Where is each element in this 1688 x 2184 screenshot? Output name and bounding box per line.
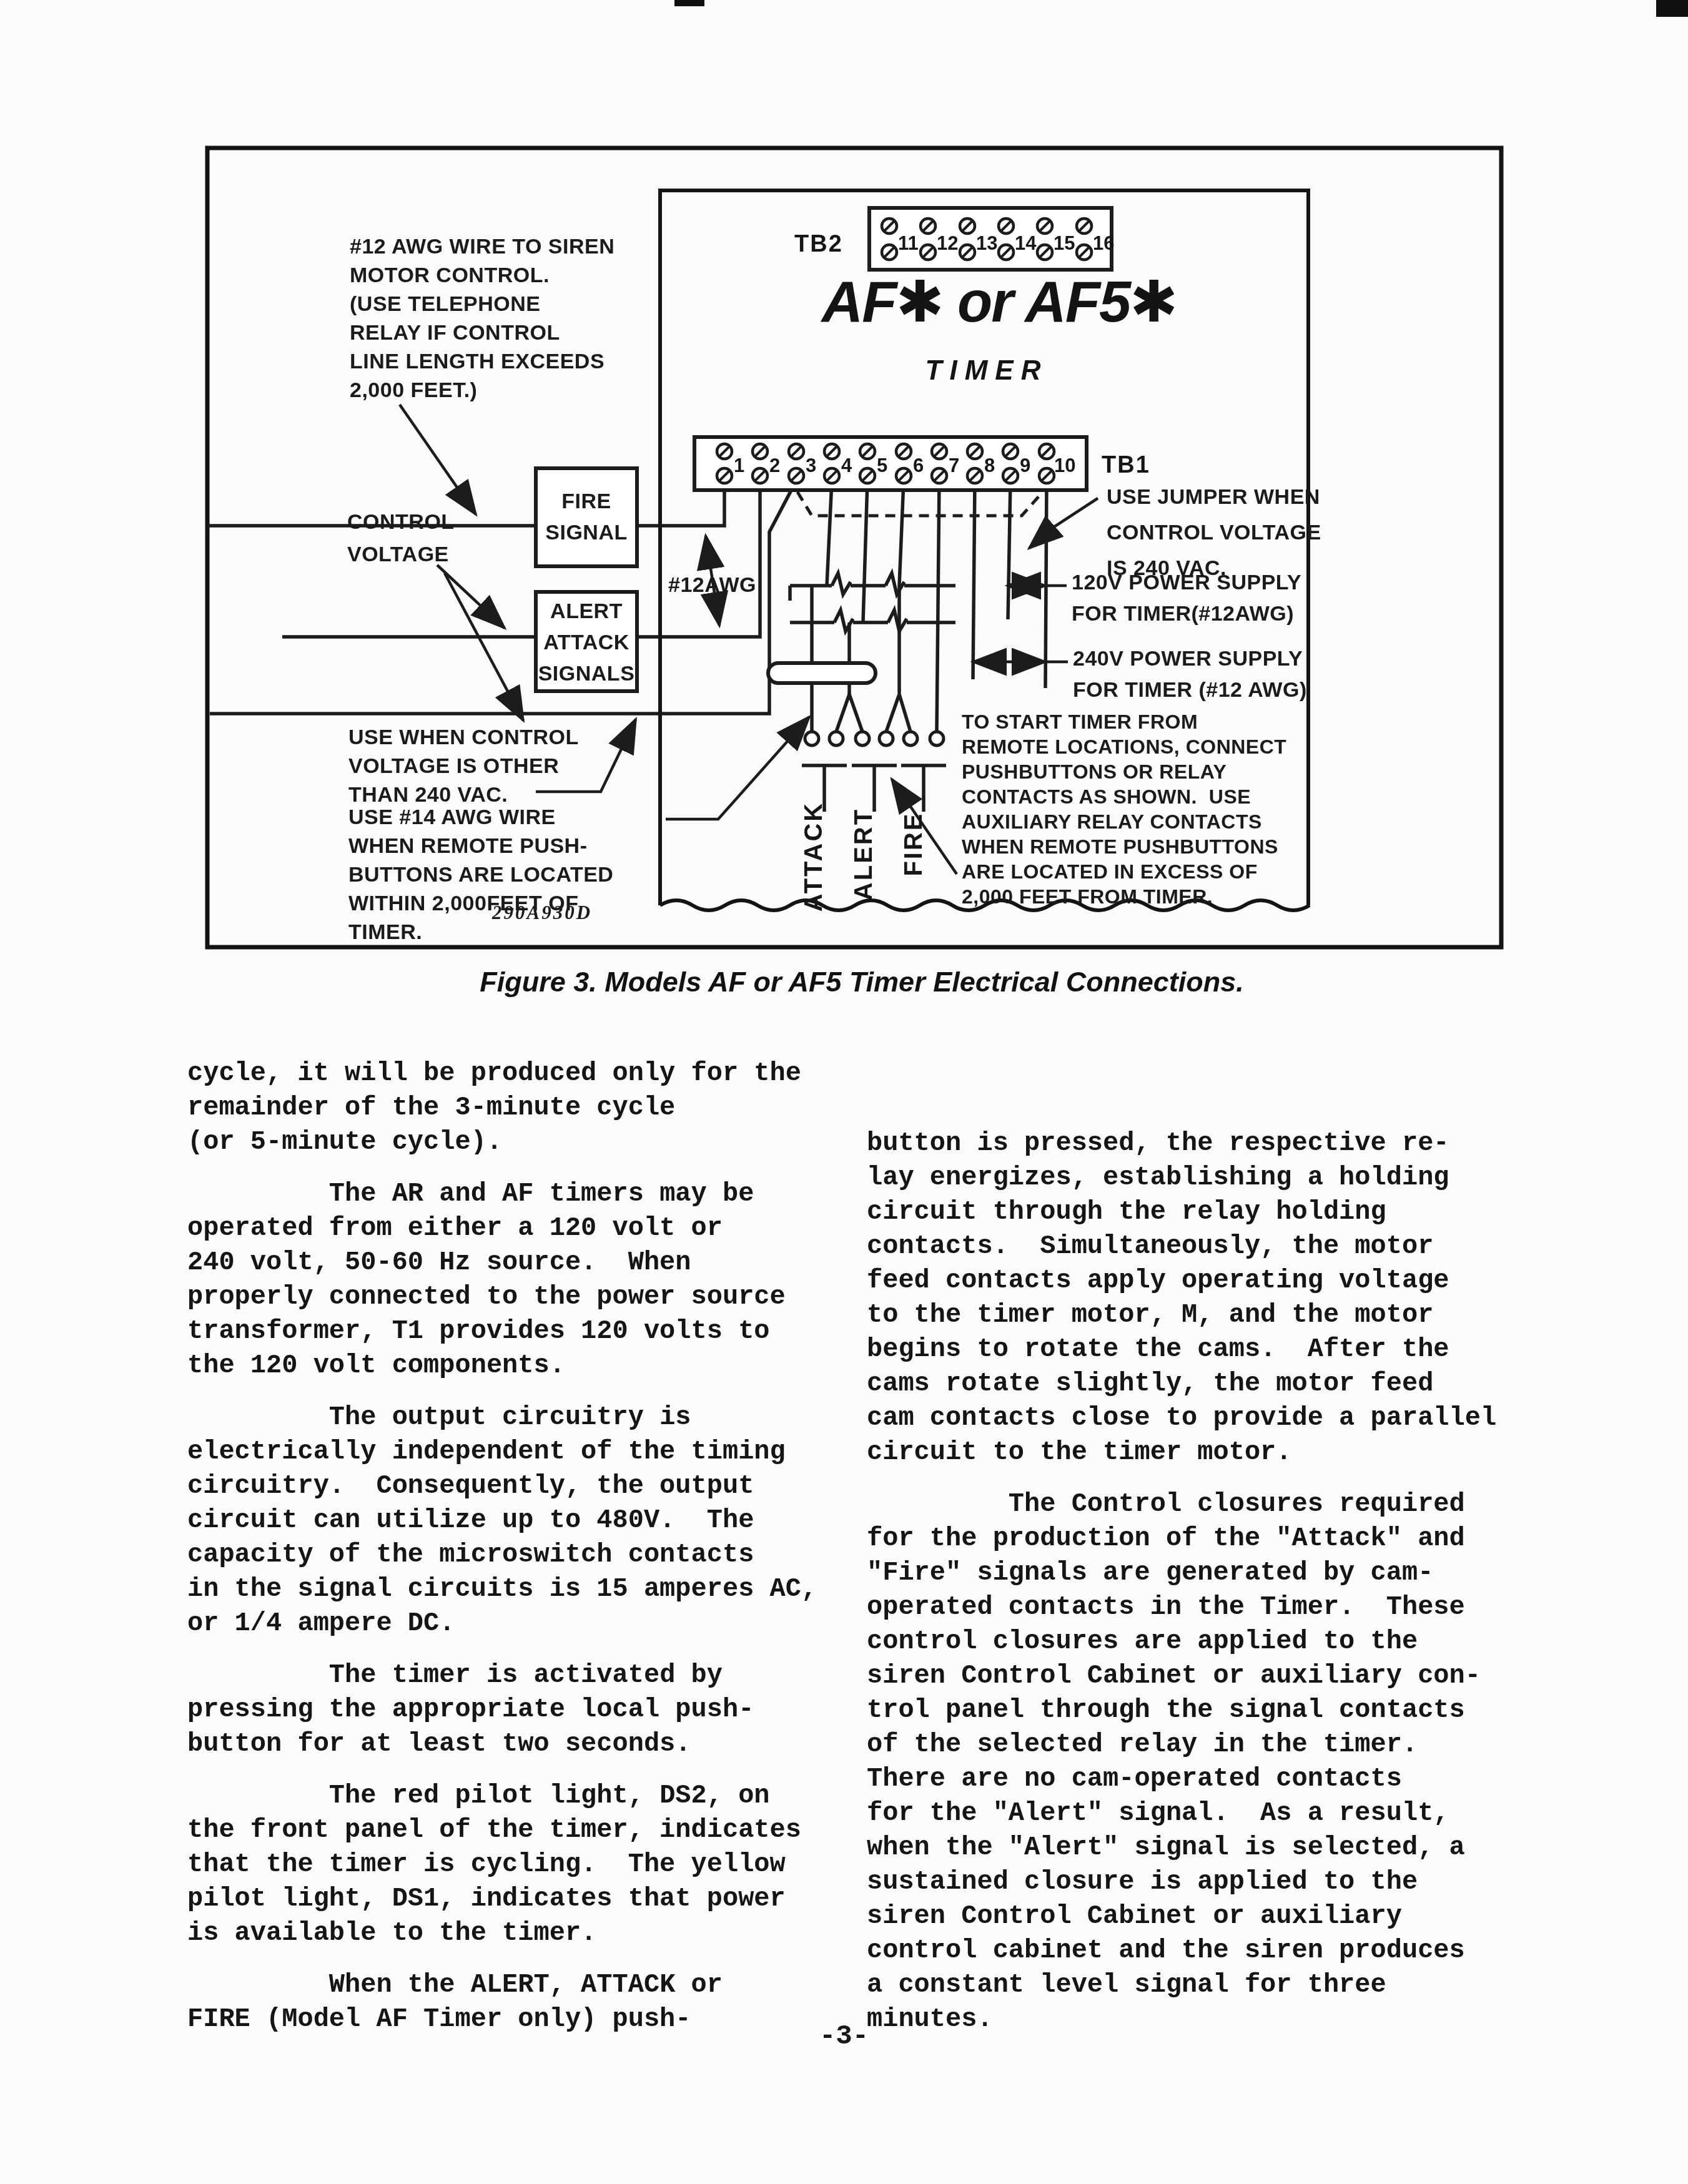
scanned-manual-page: 11 12 13 14 15 16 1 2 3 4 5 6 7 8 [0,0,1688,2184]
break-symbol [832,573,851,594]
annotation-240v-supply: 240V POWER SUPPLY FOR TIMER (#12 AWG) [1073,643,1307,706]
leader-awg12-siren [400,405,476,514]
gang-bar [768,663,876,683]
annotation-awg12-siren: #12 AWG WIRE TO SIREN MOTOR CONTROL. (US… [350,232,614,405]
annotation-awg14-wire: USE #14 AWG WIRE WHEN REMOTE PUSH- BUTTO… [348,803,613,947]
figure3-wiring-diagram: 11 12 13 14 15 16 1 2 3 4 5 6 7 8 [0,0,1688,1011]
pushbutton-alert [852,765,897,812]
tb1-terminal-number: 9 [1020,455,1030,476]
paragraph: The AR and AF timers may be operated fro… [187,1177,881,1383]
tb1-terminal-number: 5 [877,455,887,476]
wire-t5 [863,481,867,622]
wire-t7 [937,481,939,732]
chevron-link [886,694,911,732]
tb1-terminal-number: 10 [1054,455,1075,476]
wire-t4 [827,481,832,586]
tb1-terminal-number: 8 [984,455,995,476]
fire-button-label: FIRE [900,812,927,876]
page-number: -3- [0,2023,1688,2050]
tb2-terminal-number: 11 [898,232,919,254]
wire-t9 [1008,481,1010,619]
figure-caption: Figure 3. Models AF or AF5 Timer Electri… [412,967,1311,998]
chevron-link [836,694,862,732]
tb1-terminal-number: 3 [806,455,816,476]
fire-signal-box-label: FIRE SIGNAL [536,486,637,548]
body-right-column: button is pressed, the respective re- la… [867,1126,1560,2054]
leader-awg14 [666,717,809,819]
tb2-terminal-number: 12 [937,232,958,254]
annotation-use-when-other: USE WHEN CONTROL VOLTAGE IS OTHER THAN 2… [348,723,579,809]
tb1-label: TB1 [1102,453,1150,477]
tb2-terminal-number: 15 [1054,232,1075,254]
tb2-label: TB2 [794,232,843,256]
wire-fire-signal [208,481,724,526]
tb1-terminal-number: 7 [949,455,959,476]
timer-subtitle: TIMER [781,357,1193,385]
pushbutton-contacts [805,732,944,745]
tb2-terminal-number: 16 [1093,232,1114,254]
leader-control-voltage-2 [445,573,523,721]
break-symbol [888,610,907,631]
tb1-terminal-number: 2 [769,455,780,476]
alert-button-label: ALERT [850,808,877,900]
paragraph: The output circuitry is electrically ind… [187,1400,881,1641]
drawing-number: 290A930D [492,903,592,922]
annotation-control-voltage: CONTROL VOLTAGE [347,506,455,571]
annotation-awg12-label: #12AWG [668,571,756,599]
tb2-terminal-number: 14 [1015,232,1037,254]
tb1-terminal-number: 6 [913,455,924,476]
leader-use-jumper [1029,498,1098,548]
timer-model-title: AF✱ or AF5✱ [768,273,1230,331]
remote-run-a [790,586,955,601]
annotation-120v-supply: 120V POWER SUPPLY FOR TIMER(#12AWG) [1072,567,1301,629]
paragraph: button is pressed, the respective re- la… [867,1126,1560,1470]
paragraph: The Control closures required for the pr… [867,1487,1560,2037]
alert-attack-box-label: ALERT ATTACK SIGNALS [536,596,637,689]
jumper-dashed-wire [797,492,1042,516]
annotation-remote-start: TO START TIMER FROM REMOTE LOCATIONS, CO… [962,709,1286,909]
wire-t8 [973,481,975,679]
break-symbol [886,573,904,594]
tb2-terminal-number: 13 [976,232,997,254]
paragraph: cycle, it will be produced only for the … [187,1056,881,1159]
paragraph: The red pilot light, DS2, on the front p… [187,1779,881,1950]
body-left-column: cycle, it will be produced only for the … [187,1056,881,2054]
tb1-terminal-number: 4 [841,455,852,476]
paragraph: The timer is activated by pressing the a… [187,1658,881,1761]
attack-button-label: ATTACK [800,802,827,912]
leader-control-voltage-1 [437,565,505,628]
tb1-terminal-number: 1 [734,455,744,476]
